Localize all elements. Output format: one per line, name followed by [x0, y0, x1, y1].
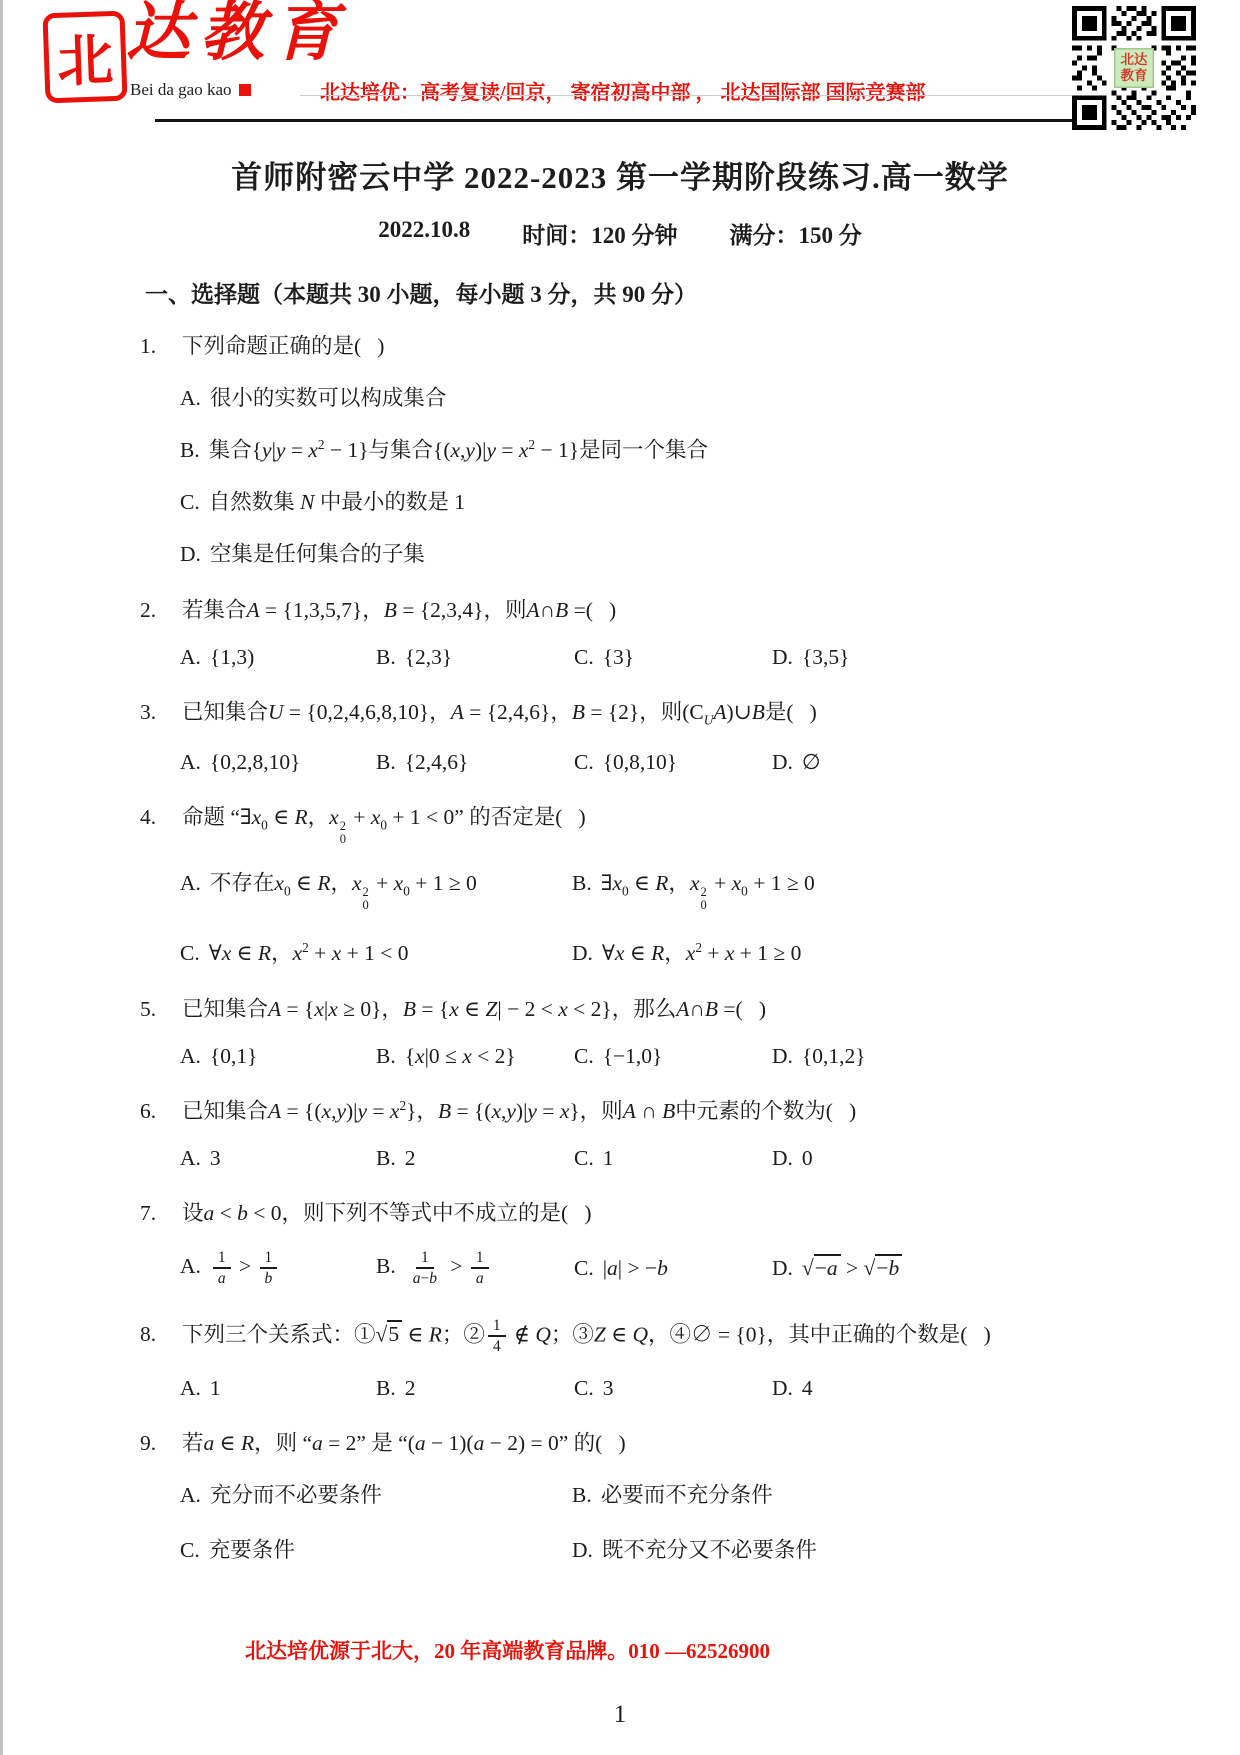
qr-center-label-line2: 教育	[1121, 67, 1148, 83]
option-label: B.	[572, 871, 592, 895]
question-stem-row: 1. 下列命题正确的是( )	[140, 331, 1170, 361]
option-text: {0,2,8,10}	[210, 750, 301, 774]
option-label: A.	[180, 1146, 201, 1170]
question-stem: 若集合A = {1,3,5,7}，B = {2,3,4}，则A∩B =( )	[182, 595, 1170, 625]
option-label: D.	[772, 1146, 793, 1170]
page-number: 1	[0, 1701, 1240, 1729]
option-label: C.	[180, 490, 200, 514]
option-text: 3	[210, 1146, 221, 1170]
option-a: A.{1,3)	[180, 645, 376, 670]
option-label: D.	[772, 750, 793, 774]
option-c: C.1	[574, 1146, 772, 1171]
option-text: 0	[802, 1146, 813, 1170]
option-text: 必要而不充分条件	[601, 1483, 773, 1507]
option-label: A.	[180, 1376, 201, 1400]
option-text: 充要条件	[209, 1538, 295, 1562]
question-9: 9. 若a ∈ R，则 “a = 2” 是 “(a − 1)(a − 2) = …	[140, 1428, 1170, 1564]
option-label: B.	[180, 438, 200, 462]
option-c: C.{3}	[574, 645, 772, 670]
question-6-options: A.3 B.2 C.1 D.0	[180, 1146, 1170, 1171]
option-c: C.∀x ∈ R，x2 + x + 1 < 0	[180, 936, 572, 967]
question-stem: 下列三个关系式：①√5 ∈ R；②14 ∉ Q；③Z ∈ Q，④∅ = {0}，…	[182, 1316, 1170, 1357]
question-2: 2. 若集合A = {1,3,5,7}，B = {2,3,4}，则A∩B =( …	[140, 595, 1170, 670]
brand-subtitle-text: Bei da gao kao	[130, 80, 232, 100]
question-7-options: A.1a > 1b B.1a−b > 1a C.|a| > −b D.√−a >…	[180, 1248, 1170, 1289]
option-label: A.	[180, 1483, 201, 1507]
exam-total-score: 满分：150 分	[730, 217, 862, 250]
option-text: 3	[603, 1376, 614, 1400]
option-label: C.	[180, 941, 200, 965]
question-number: 7.	[140, 1201, 182, 1226]
option-label: C.	[574, 645, 594, 669]
question-7: 7. 设a < b < 0，则下列不等式中不成立的是( ) A.1a > 1b …	[140, 1198, 1170, 1289]
question-4-options: A.不存在x0 ∈ R，x20 + x0 + 1 ≥ 0 B.∃x0 ∈ R，x…	[180, 866, 1170, 967]
option-label: C.	[180, 1538, 200, 1562]
option-text: 1	[210, 1376, 221, 1400]
option-b: B.{2,4,6}	[376, 750, 574, 775]
option-label: B.	[376, 750, 396, 774]
option-label: D.	[772, 1256, 793, 1280]
option-b: B.1a−b > 1a	[376, 1248, 574, 1289]
option-c: C.|a| > −b	[574, 1256, 772, 1281]
option-label: A.	[180, 750, 201, 774]
question-3-options: A.{0,2,8,10} B.{2,4,6} C.{0,8,10} D.∅	[180, 750, 1170, 775]
question-stem: 已知集合U = {0,2,4,6,8,10}，A = {2,4,6}，B = {…	[182, 697, 1170, 730]
option-text: ∃x0 ∈ R，x20 + x0 + 1 ≥ 0	[601, 871, 815, 895]
option-label: B.	[376, 1376, 396, 1400]
question-stem: 设a < b < 0，则下列不等式中不成立的是( )	[182, 1198, 1170, 1228]
question-number: 8.	[140, 1322, 182, 1347]
question-number: 3.	[140, 700, 182, 725]
option-text: {−1,0}	[603, 1044, 663, 1068]
option-label: C.	[574, 1376, 594, 1400]
option-text: 充分而不必要条件	[210, 1483, 382, 1507]
option-a: A.充分而不必要条件	[180, 1478, 572, 1509]
option-text: {0,8,10}	[603, 750, 677, 774]
option-label: C.	[574, 750, 594, 774]
question-stem-row: 8. 下列三个关系式：①√5 ∈ R；②14 ∉ Q；③Z ∈ Q，④∅ = {…	[140, 1316, 1170, 1357]
option-c: C.充要条件	[180, 1533, 572, 1564]
question-stem-row: 4. 命题 “∃x0 ∈ R，x20 + x0 + 1 < 0” 的否定是( )	[140, 802, 1170, 846]
option-text: {0,1,2}	[802, 1044, 866, 1068]
option-text: 1	[603, 1146, 614, 1170]
exam-meta: 2022.10.8 时间：120 分钟 满分：150 分	[0, 217, 1240, 250]
option-c: C.{−1,0}	[574, 1044, 772, 1069]
qr-code-icon: 北达 教育	[1072, 6, 1196, 130]
red-square-icon	[239, 84, 251, 96]
question-number: 6.	[140, 1099, 182, 1124]
option-label: B.	[376, 645, 396, 669]
option-label: A.	[180, 645, 201, 669]
option-a: A.不存在x0 ∈ R，x20 + x0 + 1 ≥ 0	[180, 866, 572, 912]
question-stem-row: 3. 已知集合U = {0,2,4,6,8,10}，A = {2,4,6}，B …	[140, 697, 1170, 730]
option-text: 很小的实数可以构成集合	[210, 386, 447, 410]
option-d: D.{0,1,2}	[772, 1044, 1170, 1069]
question-stem: 命题 “∃x0 ∈ R，x20 + x0 + 1 < 0” 的否定是( )	[182, 802, 1170, 846]
header-divider-light	[300, 95, 1072, 96]
question-8: 8. 下列三个关系式：①√5 ∈ R；②14 ∉ Q；③Z ∈ Q，④∅ = {…	[140, 1316, 1170, 1402]
option-label: B.	[376, 1254, 396, 1278]
option-text: {2,4,6}	[405, 750, 469, 774]
question-6: 6. 已知集合A = {(x,y)|y = x2}，B = {(x,y)|y =…	[140, 1096, 1170, 1171]
exam-title: 首师附密云中学 2022-2023 第一学期阶段练习.高一数学	[0, 152, 1240, 197]
option-text: 空集是任何集合的子集	[210, 542, 425, 566]
option-b: B.必要而不充分条件	[572, 1478, 1170, 1509]
option-label: A.	[180, 386, 201, 410]
option-label: A.	[180, 1254, 201, 1278]
option-label: D.	[772, 1044, 793, 1068]
question-2-options: A.{1,3) B.{2,3} C.{3} D.{3,5}	[180, 645, 1170, 670]
question-9-options: A.充分而不必要条件 B.必要而不充分条件 C.充要条件 D.既不充分又不必要条…	[180, 1478, 1170, 1564]
question-number: 4.	[140, 805, 182, 830]
option-text: {2,3}	[405, 645, 453, 669]
option-label: D.	[180, 542, 201, 566]
option-a: A.{0,1}	[180, 1044, 376, 1069]
option-label: D.	[772, 1376, 793, 1400]
option-a: A.1	[180, 1376, 376, 1401]
qr-center-label-line1: 北达	[1121, 51, 1148, 67]
option-label: C.	[574, 1146, 594, 1170]
option-text: 不存在x0 ∈ R，x20 + x0 + 1 ≥ 0	[210, 871, 477, 895]
option-label: C.	[574, 1256, 594, 1280]
question-list: 1. 下列命题正确的是( ) A.很小的实数可以构成集合 B.集合{y|y = …	[140, 331, 1240, 1591]
header-tagline: 北达培优：高考复读/回京， 寄宿初高中部 ， 北达国际部 国际竞赛部	[320, 76, 926, 105]
question-stem: 已知集合A = {x|x ≥ 0}，B = {x ∈ Z| − 2 < x < …	[182, 994, 1170, 1024]
brand-subtitle: Bei da gao kao	[130, 80, 251, 100]
question-stem: 下列命题正确的是( )	[182, 331, 1170, 361]
exam-duration: 时间：120 分钟	[522, 217, 677, 250]
option-b: B.{2,3}	[376, 645, 574, 670]
option-b: B.2	[376, 1376, 574, 1401]
option-text: |a| > −b	[603, 1256, 668, 1280]
page-header: 北 达教育 Bei da gao kao 北达培优：高考复读/回京， 寄宿初高中…	[0, 0, 1240, 150]
option-label: D.	[572, 941, 593, 965]
question-stem-row: 5. 已知集合A = {x|x ≥ 0}，B = {x ∈ Z| − 2 < x…	[140, 994, 1170, 1024]
option-label: C.	[574, 1044, 594, 1068]
question-4: 4. 命题 “∃x0 ∈ R，x20 + x0 + 1 < 0” 的否定是( )…	[140, 802, 1170, 967]
question-stem: 已知集合A = {(x,y)|y = x2}，B = {(x,y)|y = x}…	[182, 1096, 1170, 1126]
option-text: {0,1}	[210, 1044, 258, 1068]
option-text: 2	[405, 1146, 416, 1170]
question-5-options: A.{0,1} B.{x|0 ≤ x < 2} C.{−1,0} D.{0,1,…	[180, 1044, 1170, 1069]
option-text: {3,5}	[802, 645, 850, 669]
question-stem-row: 9. 若a ∈ R，则 “a = 2” 是 “(a − 1)(a − 2) = …	[140, 1428, 1170, 1458]
section-heading: 一、选择题（本题共 30 小题，每小题 3 分，共 90 分）	[145, 276, 1170, 309]
option-label: B.	[376, 1146, 396, 1170]
option-text: ∀x ∈ R，x2 + x + 1 ≥ 0	[602, 941, 801, 965]
option-text: 1a > 1b	[210, 1254, 280, 1278]
option-d: D.既不充分又不必要条件	[572, 1533, 1170, 1564]
option-b: B.2	[376, 1146, 574, 1171]
option-label: D.	[772, 645, 793, 669]
option-c: C.{0,8,10}	[574, 750, 772, 775]
option-label: A.	[180, 1044, 201, 1068]
question-stem: 若a ∈ R，则 “a = 2” 是 “(a − 1)(a − 2) = 0” …	[182, 1428, 1170, 1458]
option-text: ∀x ∈ R，x2 + x + 1 < 0	[209, 941, 409, 965]
footer-slogan: 北达培优源于北大，20 年高端教育品牌。010 —62526900	[245, 1635, 1240, 1665]
question-number: 1.	[140, 334, 182, 359]
question-number: 5.	[140, 997, 182, 1022]
option-text: 集合{y|y = x2 − 1}与集合{(x,y)|y = x2 − 1}是同一…	[209, 438, 708, 462]
option-text: 自然数集 N 中最小的数是 1	[209, 490, 465, 514]
option-d: D.√−a > √−b	[772, 1256, 1170, 1281]
option-text: √−a > √−b	[802, 1254, 902, 1280]
option-b: B.∃x0 ∈ R，x20 + x0 + 1 ≥ 0	[572, 866, 1170, 912]
question-stem-row: 7. 设a < b < 0，则下列不等式中不成立的是( )	[140, 1198, 1170, 1228]
option-label: A.	[180, 871, 201, 895]
option-text: ∅	[802, 750, 821, 774]
option-d: D.{3,5}	[772, 645, 1170, 670]
option-d: D.∀x ∈ R，x2 + x + 1 ≥ 0	[572, 936, 1170, 967]
option-a: A.很小的实数可以构成集合	[180, 381, 1170, 412]
question-1-options: A.很小的实数可以构成集合 B.集合{y|y = x2 − 1}与集合{(x,y…	[180, 381, 1170, 568]
option-text: {1,3)	[210, 645, 254, 669]
option-text: 4	[802, 1376, 813, 1400]
option-label: D.	[572, 1538, 593, 1562]
option-a: A.1a > 1b	[180, 1248, 376, 1289]
option-d: D.4	[772, 1376, 1170, 1401]
option-label: B.	[376, 1044, 396, 1068]
exam-date: 2022.10.8	[378, 217, 470, 250]
seal-character: 北	[56, 16, 115, 98]
option-text: 既不充分又不必要条件	[602, 1538, 817, 1562]
question-8-options: A.1 B.2 C.3 D.4	[180, 1376, 1170, 1401]
option-c: C.3	[574, 1376, 772, 1401]
question-5: 5. 已知集合A = {x|x ≥ 0}，B = {x ∈ Z| − 2 < x…	[140, 994, 1170, 1069]
option-label: B.	[572, 1483, 592, 1507]
brand-calligraphy-text: 达教育	[126, 0, 348, 68]
option-d: D.0	[772, 1146, 1170, 1171]
question-stem-row: 6. 已知集合A = {(x,y)|y = x2}，B = {(x,y)|y =…	[140, 1096, 1170, 1126]
option-d: D.∅	[772, 750, 1170, 775]
option-a: A.3	[180, 1146, 376, 1171]
option-b: B.{x|0 ≤ x < 2}	[376, 1044, 574, 1069]
question-number: 9.	[140, 1431, 182, 1456]
question-3: 3. 已知集合U = {0,2,4,6,8,10}，A = {2,4,6}，B …	[140, 697, 1170, 775]
option-text: {3}	[603, 645, 634, 669]
option-a: A.{0,2,8,10}	[180, 750, 376, 775]
header-divider-dark	[155, 119, 1073, 122]
option-b: B.集合{y|y = x2 − 1}与集合{(x,y)|y = x2 − 1}是…	[180, 433, 1170, 464]
option-c: C.自然数集 N 中最小的数是 1	[180, 485, 1170, 516]
question-stem-row: 2. 若集合A = {1,3,5,7}，B = {2,3,4}，则A∩B =( …	[140, 595, 1170, 625]
brand-seal-logo: 北	[42, 11, 127, 104]
option-d: D.空集是任何集合的子集	[180, 537, 1170, 568]
question-1: 1. 下列命题正确的是( ) A.很小的实数可以构成集合 B.集合{y|y = …	[140, 331, 1170, 568]
question-number: 2.	[140, 598, 182, 623]
option-text: 2	[405, 1376, 416, 1400]
exam-page: 北 达教育 Bei da gao kao 北达培优：高考复读/回京， 寄宿初高中…	[0, 0, 1240, 1755]
option-text: {x|0 ≤ x < 2}	[405, 1044, 516, 1068]
option-text: 1a−b > 1a	[405, 1254, 492, 1278]
